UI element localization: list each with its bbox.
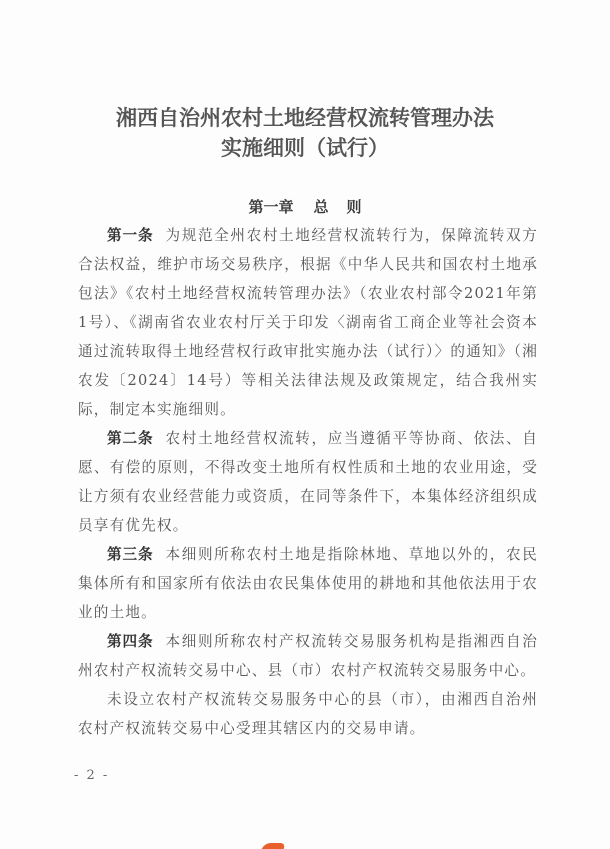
article-label: 第三条 [107, 546, 154, 563]
article-1: 第一条为规范全州农村土地经营权流转行为，保障流转双方合法权益，维护市场交易秩序，… [78, 221, 538, 424]
document-page: 湘西自治州农村土地经营权流转管理办法 实施细则（试行） 第一章总则 第一条为规范… [0, 0, 610, 849]
document-body: 第一条为规范全州农村土地经营权流转行为，保障流转双方合法权益，维护市场交易秩序，… [78, 221, 538, 743]
article-4-paragraph-2: 未设立农村产权流转交易服务中心的县（市），由湘西自治州农村产权流转交易中心受理其… [78, 685, 538, 743]
article-label: 第一条 [107, 227, 154, 244]
chapter-heading: 第一章总则 [0, 196, 610, 217]
article-label: 第四条 [107, 633, 154, 650]
article-4: 第四条本细则所称农村产权流转交易服务机构是指湘西自治州农村产权流转交易中心、县（… [78, 627, 538, 685]
article-3: 第三条本细则所称农村土地是指除林地、草地以外的，农民集体所有和国家所有依法由农民… [78, 540, 538, 627]
page-number: - 2 - [74, 768, 109, 783]
article-text: 为规范全州农村土地经营权流转行为，保障流转双方合法权益，维护市场交易秩序，根据《… [78, 227, 538, 418]
chapter-title-part-2: 则 [347, 198, 362, 216]
document-title: 湘西自治州农村土地经营权流转管理办法 实施细则（试行） [0, 103, 610, 163]
chapter-number: 第一章 [248, 198, 293, 216]
chapter-title-part-1: 总 [313, 198, 328, 216]
paragraph-text: 未设立农村产权流转交易服务中心的县（市），由湘西自治州农村产权流转交易中心受理其… [78, 691, 538, 737]
scan-artifact-mark [262, 843, 287, 849]
article-2: 第二条农村土地经营权流转，应当遵循平等协商、依法、自愿、有偿的原则，不得改变土地… [78, 424, 538, 540]
article-label: 第二条 [107, 430, 154, 447]
title-line-1: 湘西自治州农村土地经营权流转管理办法 [0, 103, 610, 133]
title-line-2: 实施细则（试行） [0, 133, 610, 163]
